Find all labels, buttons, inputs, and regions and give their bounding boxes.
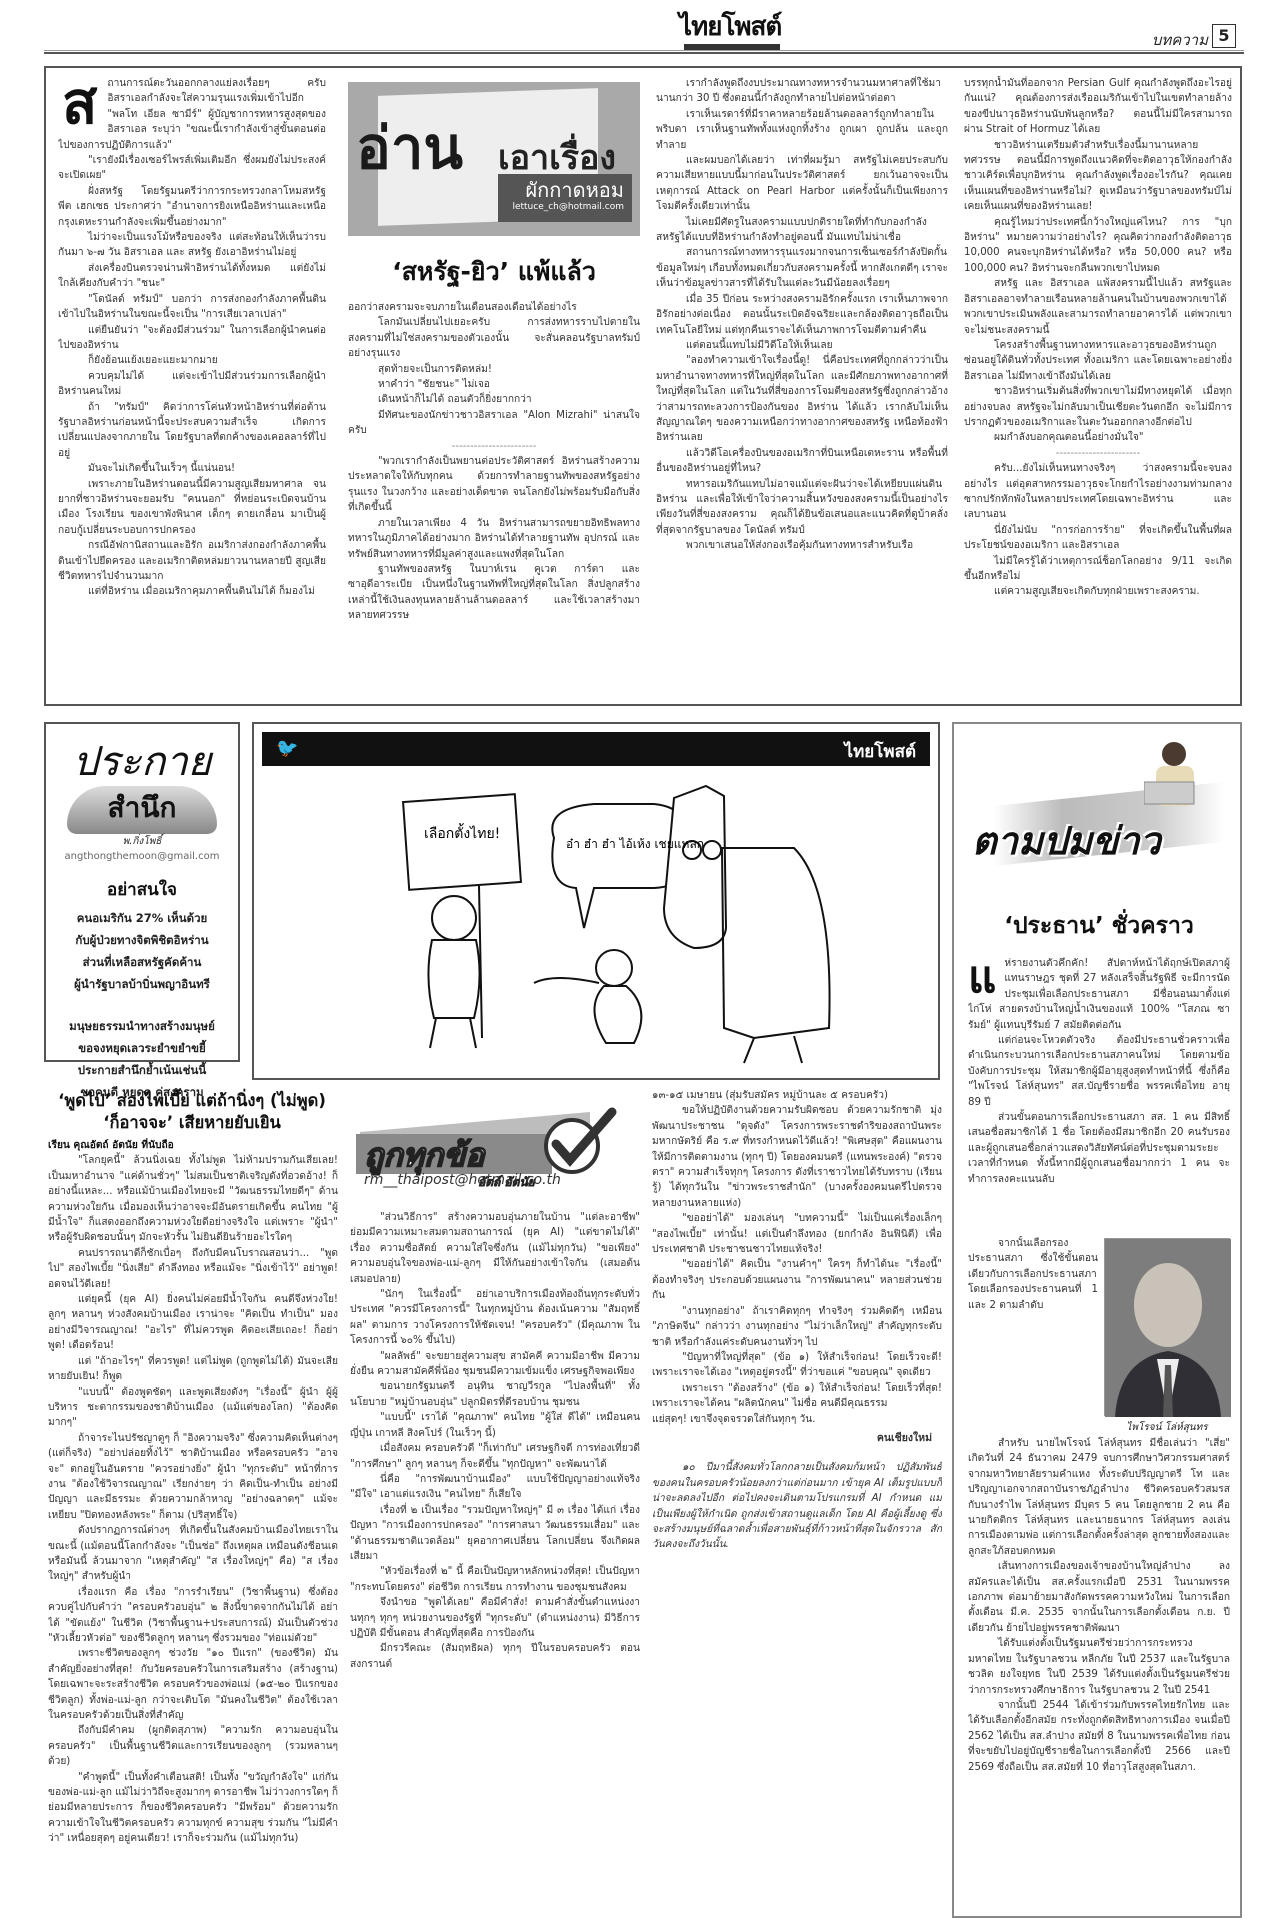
tuk-title: ถูกทุกข้อ (364, 1136, 486, 1175)
letters-column-left: เรียน คุณอัตถ์ อัตนัย ที่นับถือ "โลกยุคน… (48, 1138, 338, 1918)
article-headline: ‘สหรัฐ-ยิว’ แพ้แล้ว (348, 252, 640, 292)
bird-mascot-icon: 🐦 (276, 738, 298, 759)
newspaper-logo: ไทยโพสต์ (679, 12, 781, 42)
column-body-bottom: สำหรับ นายไพโรจน์ โล่ห์สุนทร มีชื่อเล่นว… (968, 1436, 1230, 1912)
cartoon-header-bar: 🐦 ไทยโพสต์ (262, 732, 930, 766)
editor-reply: ๑๐ ปีมานี้สังคมทั่วโลกกลายเป็นสังคมก้มหน… (652, 1460, 942, 1552)
poem-body: คนอเมริกัน 27% เห็นด้วย กับผู้ป่วยทางจิต… (46, 907, 238, 1103)
letters-column-middle: "ส่วนวิธีการ" สร้างความอบอุ่นภายในบ้าน "… (350, 1210, 640, 1918)
dropcap: แ (968, 958, 996, 998)
page-number: 5 (1212, 24, 1236, 48)
editorial-cartoon: 🐦 ไทยโพสต์ เลือกตั้งไทย! อ๋า ฮ๋า ฮ๋า ไอ้… (252, 722, 940, 1080)
column-body-top: แ ห่รายงานตัวคึกคัก! สัปดาห์หน้าได้ฤกษ์เ… (968, 956, 1230, 1236)
columnist-email: lettuce_ch@hotmail.com (506, 202, 624, 212)
column-body-wrap: จากนั้นเลือกรองประธานสภา ซึ่งใช้ขั้นตอนเ… (968, 1236, 1098, 1416)
columnist-name: ผักกาดหอม (506, 178, 624, 202)
banner-title-big: อ่าน (356, 118, 463, 178)
masthead-rule (44, 50, 1244, 54)
article-column-1: ส ถานการณ์ตะวันออกกลางแย่ลงเรื่อยๆ ครับ … (58, 76, 326, 696)
tuk-email: rm__thaipost@hotmail.co.th (364, 1172, 561, 1188)
section-divider: ----------------------- (348, 439, 640, 454)
letters-headline: ‘พูดไป’ สองไพเบี้ย แต่ถ้านิ่งๆ (ไม่พูด) … (44, 1090, 340, 1134)
column-banner-read-story: อ่าน เอาเรื่อง ผักกาดหอม lettuce_ch@hotm… (348, 82, 640, 236)
poem-column: ประกาย สำนึก พ.กิ่งโพธิ์ angthongthemoon… (44, 722, 240, 1062)
poem-title: อย่าสนใจ (46, 876, 238, 903)
article-column-2: ออกว่าสงครามจะจบภายในเดือนสองเดือนได้อย่… (348, 300, 640, 696)
cartoon-illustration: เลือกตั้งไทย! อ๋า ฮ๋า ฮ๋า ไอ้เห้ง เชยแหล… (254, 768, 938, 1078)
speech-bubble-text: อ๋า ฮ๋า ฮ๋า ไอ้เห้ง เชยแหลก (566, 837, 704, 851)
letter-salutation: เรียน คุณอัตถ์ อัตนัย ที่นับถือ (48, 1138, 338, 1153)
news-column-right: ตามปมข่าว ‘ประธาน’ ชั่วคราว แ ห่รายงานตั… (952, 722, 1242, 1918)
protest-sign-text: เลือกตั้งไทย! (424, 823, 500, 842)
person-silhouette-icon (1105, 1239, 1231, 1417)
dropcap: ส (62, 76, 97, 130)
portrait-photo (1104, 1238, 1230, 1416)
columnist-box: ผักกาดหอม lettuce_ch@hotmail.com (498, 174, 632, 222)
poet-email: angthongthemoon@gmail.com (46, 851, 238, 862)
column-logo: ตามปมข่าว (972, 810, 1161, 871)
letters-column-right: ๑๓-๑๕ เมษายน (สุ่มรับสมัคร หมู่บ้านละ ๕ … (652, 1088, 942, 1918)
poem-column-logo: ประกาย (46, 740, 238, 784)
photo-caption: ไพโรจน์ โล่ห์สุนทร (1104, 1420, 1230, 1435)
article-column-4: บรรทุกน้ำมันที่ออกจาก Persian Gulf คุณกำ… (964, 76, 1232, 696)
scroll-banner: สำนึก (67, 786, 217, 834)
letter-signature: คนเชียงใหม่ (652, 1431, 942, 1446)
cartoon-brand: ไทยโพสต์ (845, 738, 916, 765)
column-headline: ‘ประธาน’ ชั่วคราว (954, 908, 1244, 944)
section-label: บทความ (1152, 28, 1208, 52)
top-article: ส ถานการณ์ตะวันออกกลางแย่ลงเรื่อยๆ ครับ … (44, 66, 1242, 706)
masthead: ไทยโพสต์ บทความ 5 (44, 10, 1244, 54)
article-column-3: เรากำลังพูดถึงงบประมาณทางทหารจำนวนมหาศาล… (656, 76, 948, 696)
section-divider: ----------------------- (964, 446, 1232, 461)
poet-byline: พ.กิ่งโพธิ์ (46, 834, 238, 849)
